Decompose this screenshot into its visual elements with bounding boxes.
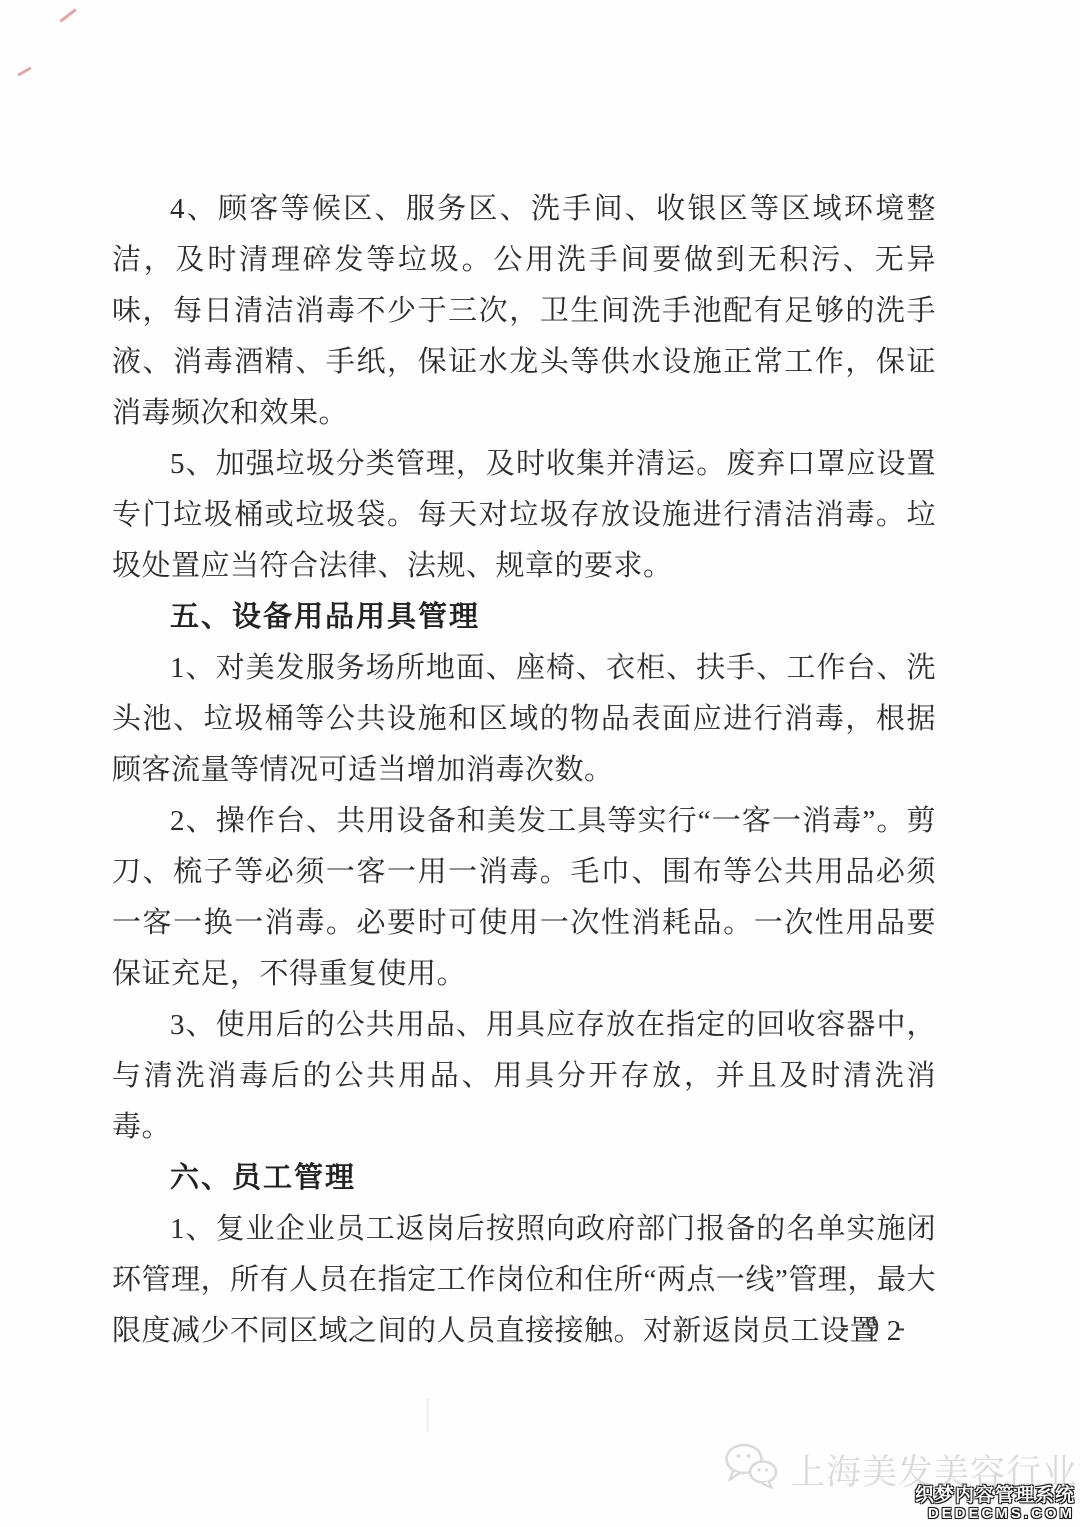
section-heading-staff: 六、员工管理 — [112, 1153, 936, 1204]
document-page: 4、顾客等候区、服务区、洗手间、收银区等区域环境整洁，及时清理碎发等垃圾。公用洗… — [0, 0, 1080, 1527]
section-heading-equipment: 五、设备用品用具管理 — [112, 592, 936, 643]
paragraph-staff-1: 1、复业企业员工返岗后按照向政府部门报备的名单实施闭环管理，所有人员在指定工作岗… — [112, 1204, 936, 1357]
paragraph-equipment-1: 1、对美发服务场所地面、座椅、衣柜、扶手、工作台、洗头池、垃圾桶等公共设施和区域… — [112, 643, 936, 796]
scan-smudge — [426, 1398, 429, 1432]
red-pen-mark — [17, 66, 31, 76]
page-number: - 9 - — [840, 1312, 910, 1343]
paragraph-equipment-3: 3、使用后的公共用品、用具应存放在指定的回收容器中，与清洗消毒后的公共用品、用具… — [112, 1000, 936, 1153]
cms-watermark-line1: 织梦内容管理系统 — [915, 1486, 1075, 1506]
paragraph-5: 5、加强垃圾分类管理，及时收集并清运。废弃口罩应设置专门垃圾桶或垃圾袋。每天对垃… — [112, 439, 936, 592]
paragraph-4: 4、顾客等候区、服务区、洗手间、收银区等区域环境整洁，及时清理碎发等垃圾。公用洗… — [112, 184, 936, 439]
cms-watermark: 织梦内容管理系统 DEDECMS.COM — [915, 1486, 1075, 1522]
cms-watermark-line2: DEDECMS.COM — [915, 1506, 1075, 1522]
paragraph-equipment-2: 2、操作台、共用设备和美发工具等实行“一客一消毒”。剪刀、梳子等必须一客一用一消… — [112, 796, 936, 1000]
red-pen-mark — [59, 8, 77, 23]
wechat-icon — [722, 1442, 780, 1497]
document-content: 4、顾客等候区、服务区、洗手间、收银区等区域环境整洁，及时清理碎发等垃圾。公用洗… — [112, 184, 936, 1357]
